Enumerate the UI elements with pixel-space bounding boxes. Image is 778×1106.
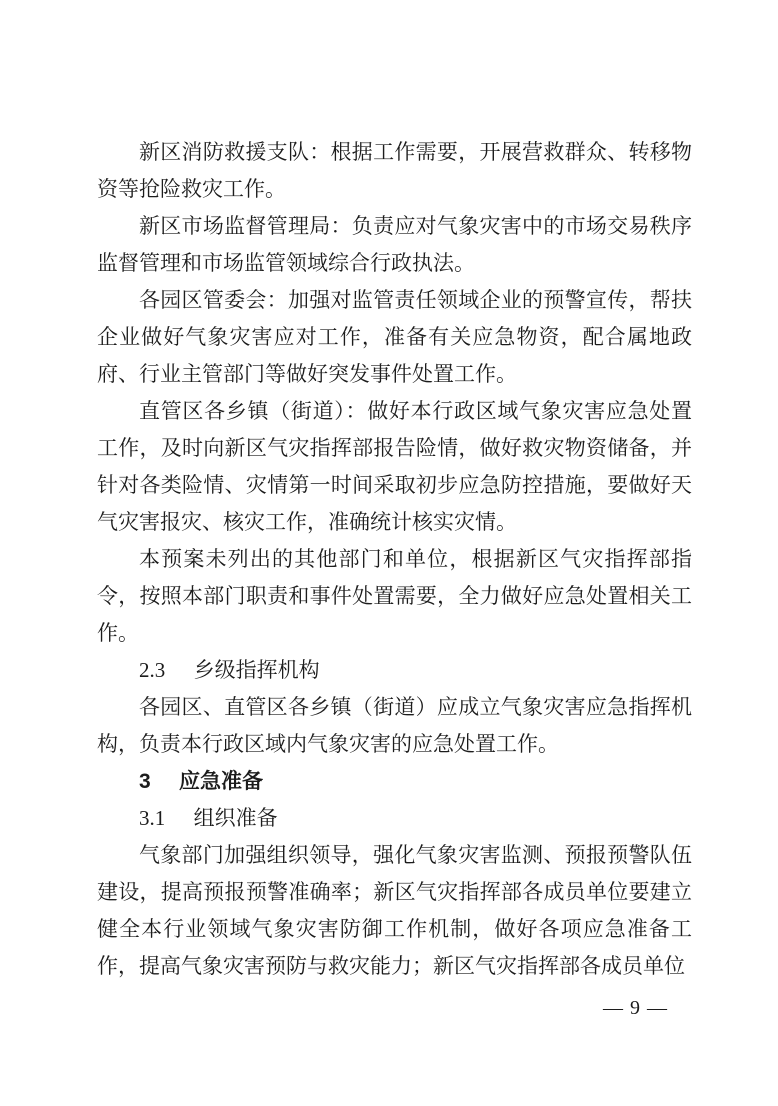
- page-number: — 9 —: [603, 997, 668, 1019]
- paragraph-other-departments: 本预案未列出的其他部门和单位，根据新区气灾指挥部指令，按照本部门职责和事件处置需…: [97, 541, 692, 652]
- heading-number: 3: [139, 770, 151, 793]
- paragraph-park-committees: 各园区管委会：加强对监管责任领域企业的预警宣传，帮扶企业做好气象灾害应对工作，准…: [97, 282, 692, 393]
- paragraph-townships-duties: 直管区各乡镇（街道）：做好本行政区域气象灾害应急处置工作，及时向新区气灾指挥部报…: [97, 393, 692, 541]
- document-page: 新区消防救援支队：根据工作需要，开展营救群众、转移物资等抢险救灾工作。 新区市场…: [0, 0, 778, 1106]
- heading-title: 组织准备: [194, 806, 278, 830]
- section-heading-3-1: 3.1组织准备: [97, 800, 692, 837]
- section-heading-2-3: 2.3乡级指挥机构: [97, 652, 692, 689]
- paragraph-organization-preparation: 气象部门加强组织领导，强化气象灾害监测、预报预警队伍建设，提高预报预警准确率；新…: [97, 837, 692, 985]
- paragraph-township-command: 各园区、直管区各乡镇（街道）应成立气象灾害应急指挥机构，负责本行政区域内气象灾害…: [97, 689, 692, 763]
- section-heading-3: 3应急准备: [97, 763, 692, 800]
- heading-number: 3.1: [139, 806, 165, 830]
- heading-number: 2.3: [139, 658, 165, 682]
- document-body: 新区消防救援支队：根据工作需要，开展营救群众、转移物资等抢险救灾工作。 新区市场…: [97, 134, 692, 985]
- heading-title: 乡级指挥机构: [194, 658, 320, 682]
- paragraph-fire-rescue: 新区消防救援支队：根据工作需要，开展营救群众、转移物资等抢险救灾工作。: [97, 134, 692, 208]
- heading-title: 应急准备: [179, 770, 263, 793]
- paragraph-market-supervision: 新区市场监督管理局：负责应对气象灾害中的市场交易秩序监督管理和市场监管领域综合行…: [97, 208, 692, 282]
